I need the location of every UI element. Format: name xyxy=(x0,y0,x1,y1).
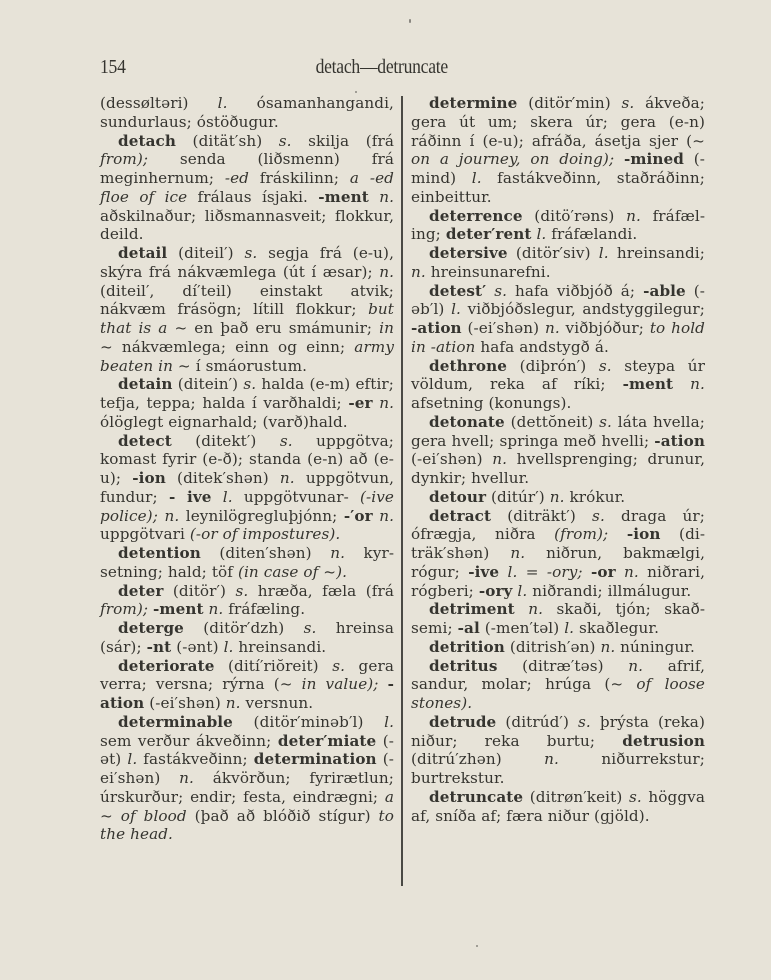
definition-text: uppgötv­ari xyxy=(100,525,190,543)
column-divider xyxy=(401,96,403,886)
headword: detach xyxy=(118,132,176,150)
definition-text: (ditekt′) xyxy=(172,432,280,450)
definition-text: fastákveðinn; xyxy=(137,750,253,768)
definition-text: skaðlegur. xyxy=(574,619,659,637)
italic-text: s. xyxy=(592,507,605,525)
definition-text: hafa andstygð á. xyxy=(475,338,608,356)
definition-text: (diþrón′) xyxy=(507,357,599,375)
headword: -or xyxy=(591,563,616,581)
definition-text: (ditein′) xyxy=(173,375,244,393)
definition-text: (ditör′) xyxy=(163,582,235,600)
definition-text: = xyxy=(517,563,546,581)
italic-text: n. xyxy=(411,263,426,281)
headword: -ive xyxy=(468,563,499,581)
running-head: detach—detruncate xyxy=(316,56,448,79)
headword: detru­sion xyxy=(622,732,705,750)
definition-text: (-ei′shən) xyxy=(411,450,492,468)
italic-text: l. xyxy=(218,94,228,112)
page-number: 154 xyxy=(100,56,126,79)
definition-text: niðrandi; illmálugur. xyxy=(527,582,691,600)
definition-text: frálaus ísjaki. xyxy=(187,188,318,206)
dictionary-entry: detritus (ditræ′təs) n. afrif, sandur, m… xyxy=(411,657,705,713)
italic-text: s. xyxy=(279,132,292,150)
definition-text xyxy=(616,563,624,581)
headword: -ation xyxy=(654,432,705,450)
italic-text: n. xyxy=(209,600,224,618)
italic-text: n. xyxy=(600,638,615,656)
definition-text: (diträkt′) xyxy=(491,507,592,525)
italic-text: n. xyxy=(179,769,194,787)
headword: detriment xyxy=(429,600,515,618)
definition-text xyxy=(614,150,624,168)
headword: detention xyxy=(118,544,201,562)
definition-text: (-ənt) xyxy=(171,638,223,656)
italic-text: n. xyxy=(379,507,394,525)
dictionary-entry: detain (ditein′) s. halda (e-m) eftir; t… xyxy=(100,375,394,431)
italic-text: n. xyxy=(528,600,543,618)
headword: deterge xyxy=(118,619,184,637)
definition-text xyxy=(499,563,507,581)
definition-text xyxy=(486,282,494,300)
headword: deter xyxy=(118,582,163,600)
definition-text: hreinsunarefni. xyxy=(426,263,551,281)
definition-text xyxy=(369,188,379,206)
headword: -ment xyxy=(623,375,674,393)
headword: -al xyxy=(458,619,480,637)
dictionary-entry: detonate (dettŏneit) s. láta hvella; ger… xyxy=(411,413,705,488)
dictionary-entry: deterge (ditör′dzh) s. hreinsa (sár); -n… xyxy=(100,619,394,657)
dictionary-entry: deter (ditör′) s. hræða, fæla (frá from)… xyxy=(100,582,394,620)
definition-text: ólöglegt eignarhald; (varð)hald. xyxy=(100,413,348,431)
dictionary-entry: detrition (ditrish′ən) n. nún­ingur. xyxy=(411,638,705,657)
dictionary-entry: detract (diträkt′) s. draga úr; ófrægja,… xyxy=(411,507,705,601)
paper-speck xyxy=(355,91,357,93)
definition-text: hreins­andi; xyxy=(609,244,705,262)
italic-text: s. xyxy=(236,582,249,600)
definition-text: (ditúr′) xyxy=(486,488,550,506)
headword: -nt xyxy=(147,638,172,656)
headword: detour xyxy=(429,488,486,506)
headword: detersive xyxy=(429,244,508,262)
italic-text: n. xyxy=(628,657,643,675)
definition-text: hafa viðbjóð á; xyxy=(507,282,643,300)
headword: detonate xyxy=(429,413,505,431)
italic-text: s. xyxy=(245,244,258,262)
dictionary-entry: detect (ditekt′) s. uppgötva; komast fyr… xyxy=(100,432,394,545)
headword: -ion xyxy=(132,469,166,487)
definition-text: upp­götvunar- xyxy=(233,488,360,506)
italic-text: s. xyxy=(280,432,293,450)
definition-text: nún­ingur. xyxy=(615,638,695,656)
italic-text: n. xyxy=(550,488,565,506)
italic-text: l. xyxy=(564,619,574,637)
headword: deteriorate xyxy=(118,657,214,675)
definition-text xyxy=(608,525,627,543)
italic-text: s. xyxy=(629,788,642,806)
dictionary-entry: deteriorate (dití′riŏreit) s. gera verra… xyxy=(100,657,394,713)
italic-text: (-or of impostures). xyxy=(190,525,340,543)
dictionary-entry: detail (diteil′) s. segja frá (e-u), ský… xyxy=(100,244,394,375)
definition-text: (diteil′) xyxy=(167,244,244,262)
dictionary-entry: detersive (ditör′siv) l. hreins­andi; n.… xyxy=(411,244,705,282)
italic-text: s. xyxy=(599,357,612,375)
definition-text: fráskilinn; xyxy=(249,169,350,187)
italic-text: n. xyxy=(379,263,394,281)
definition-text: afsetning (konungs). xyxy=(411,394,571,412)
definition-text: (-men′təl) xyxy=(480,619,564,637)
headword: detract xyxy=(429,507,491,525)
italic-text: n. xyxy=(492,450,507,468)
page-header: 154 detach—detruncate xyxy=(100,56,632,84)
italic-text: l. xyxy=(224,638,234,656)
italic-text: n. xyxy=(624,563,639,581)
definition-text: fráfæling. xyxy=(223,600,305,618)
definition-text: (-ei′shən) xyxy=(462,319,545,337)
dictionary-entry: determinable (ditör′minəb′l) l. sem verð… xyxy=(100,713,394,844)
italic-text: l. xyxy=(517,582,527,600)
definition-text: versnun. xyxy=(241,694,314,712)
dictionary-entry: detour (ditúr′) n. krókur. xyxy=(411,488,705,507)
definition-text: viðbjóður; xyxy=(560,319,650,337)
dictionary-entry: determine (ditör′min) s. á­kveða; gera ú… xyxy=(411,94,705,207)
definition-text: í smáorustum. xyxy=(191,357,307,375)
headword: -mined xyxy=(624,150,684,168)
headword: detrude xyxy=(429,713,496,731)
definition-text: (dität′sh) xyxy=(176,132,279,150)
definition-text: (diten′shən) xyxy=(201,544,330,562)
italic-text: (in case of ~). xyxy=(238,563,347,581)
definition-text: (dití′riŏreit) xyxy=(214,657,332,675)
definition-text: en það eru smámunir; xyxy=(187,319,379,337)
italic-text: s. xyxy=(494,282,507,300)
headword: -able xyxy=(643,282,686,300)
definition-text: (dettŏneit) xyxy=(505,413,599,431)
definition-text: (ditör′minəb′l) xyxy=(233,713,384,731)
definition-text: (ditrøn′keit) xyxy=(523,788,629,806)
italic-text: n. xyxy=(626,207,641,225)
headword: detail xyxy=(118,244,167,262)
dictionary-entry: detest′ s. hafa viðbjóð á; -able (-əb′l)… xyxy=(411,282,705,357)
definition-text: (ditör′dzh) xyxy=(184,619,304,637)
definition-text: ná­kvæmlega; einn og einn; xyxy=(113,338,354,356)
italic-text: s. xyxy=(304,619,317,637)
definition-text: hræða, fæla (frá xyxy=(248,582,394,600)
definition-text: (dessøltəri) xyxy=(100,94,218,112)
headword: -ation xyxy=(411,319,462,337)
dictionary-entry: detruncate (ditrøn′keit) s. höggva af, s… xyxy=(411,788,705,826)
dictionary-entry: detach (dität′sh) s. skilja (frá from); … xyxy=(100,132,394,245)
headword: deter­mination xyxy=(254,750,377,768)
definition-text: (ditör′min) xyxy=(517,94,621,112)
definition-text xyxy=(515,600,528,618)
italic-text: from); xyxy=(100,600,148,618)
italic-text: n. xyxy=(226,694,241,712)
italic-text: l. xyxy=(223,488,233,506)
italic-text: n. xyxy=(330,544,345,562)
definition-text: skilja (frá xyxy=(292,132,394,150)
paper-speck xyxy=(476,945,478,947)
headword: -′or xyxy=(344,507,373,525)
definition-text: (ditek′shən) xyxy=(166,469,280,487)
headword: -ment xyxy=(153,600,204,618)
definition-text xyxy=(212,488,223,506)
italic-text: l. xyxy=(127,750,137,768)
headword: -ion xyxy=(627,525,661,543)
definition-text: (diteil′, dí′teil) ein­stakt atvik; nákv… xyxy=(100,282,394,319)
dictionary-entry: deterrence (ditö′rəns) n. fráfæl­ing; de… xyxy=(411,207,705,245)
italic-text: l. xyxy=(508,563,518,581)
italic-text: n. xyxy=(164,507,179,525)
italic-text: n. xyxy=(690,375,705,393)
headword: determine xyxy=(429,94,517,112)
paper-speck xyxy=(409,19,411,23)
definition-text: hreinsandi. xyxy=(233,638,326,656)
headword: deterrence xyxy=(429,207,523,225)
italic-text: n. xyxy=(280,469,295,487)
italic-text: (from); xyxy=(554,525,608,543)
definition-text: (það að blóðið stígur) xyxy=(187,807,379,825)
definition-text: sem verður ákveðinn; xyxy=(100,732,278,750)
italic-text: n. xyxy=(510,544,525,562)
headword: deter′mi­ate xyxy=(278,732,376,750)
definition-text: fráfælandi. xyxy=(546,225,637,243)
italic-text: l. xyxy=(472,169,482,187)
italic-text: n. xyxy=(545,319,560,337)
italic-text: -ory; xyxy=(547,563,583,581)
definition-text xyxy=(673,375,690,393)
definition-text: (ditrú′zhən) xyxy=(411,750,544,768)
headword: detest′ xyxy=(429,282,486,300)
dictionary-entry: dethrone (diþrón′) s. steypa úr völdum, … xyxy=(411,357,705,413)
italic-text: s. xyxy=(599,413,612,431)
headword: dethrone xyxy=(429,357,507,375)
italic-text: l. xyxy=(384,713,394,731)
headword: -er xyxy=(348,394,372,412)
headword: - ive xyxy=(169,488,212,506)
headword: -ment xyxy=(318,188,369,206)
definition-text: (ditrish′ən) xyxy=(505,638,601,656)
italic-text: l. xyxy=(536,225,546,243)
definition-text: (ditræ′təs) xyxy=(497,657,628,675)
italic-text: -ed xyxy=(225,169,249,187)
italic-text: n. xyxy=(379,394,394,412)
left-column: (dessøltəri) l. ósamanhangandi, sundurla… xyxy=(100,94,394,844)
definition-text xyxy=(583,563,591,581)
headword: detruncate xyxy=(429,788,523,806)
definition-text xyxy=(379,675,388,693)
headword: determinable xyxy=(118,713,233,731)
italic-text: s. xyxy=(578,713,591,731)
italic-text: from); xyxy=(100,150,148,168)
italic-text: s. xyxy=(243,375,256,393)
definition-text: krókur. xyxy=(565,488,626,506)
right-column: determine (ditör′min) s. á­kveða; gera ú… xyxy=(411,94,705,825)
definition-text: (ditör′siv) xyxy=(508,244,599,262)
definition-text: (ditö′rəns) xyxy=(523,207,626,225)
italic-text: l. xyxy=(451,300,461,318)
headword: detrition xyxy=(429,638,505,656)
dictionary-entry: (dessøltəri) l. ósamanhangandi, sundurla… xyxy=(100,94,394,132)
italic-text: ~ in value); xyxy=(280,675,379,693)
definition-text: (-ei′shən) xyxy=(144,694,225,712)
headword: -ory xyxy=(479,582,513,600)
italic-text: n. xyxy=(379,188,394,206)
italic-text: n. xyxy=(544,750,559,768)
definition-text: (ditrúd′) xyxy=(496,713,578,731)
definition-text: viðbjóðslegur, and­styggilegur; xyxy=(461,300,705,318)
dictionary-entry: detriment n. skaði, tjón; skað­semi; -al… xyxy=(411,600,705,638)
headword: detritus xyxy=(429,657,497,675)
dictionary-entry: detention (diten′shən) n. kyr­setning; h… xyxy=(100,544,394,582)
definition-text: leyni­lögregluþjónn; xyxy=(179,507,344,525)
headword: detain xyxy=(118,375,173,393)
italic-text: s. xyxy=(622,94,635,112)
dictionary-entry: detrude (ditrúd′) s. þrýsta (reka) niður… xyxy=(411,713,705,788)
italic-text: s. xyxy=(332,657,345,675)
headword: detect xyxy=(118,432,172,450)
definition-text: aðskilnaður; liðsmanna­sveit; flokkur, d… xyxy=(100,207,394,244)
headword: deter′rent xyxy=(446,225,532,243)
italic-text: l. xyxy=(599,244,609,262)
